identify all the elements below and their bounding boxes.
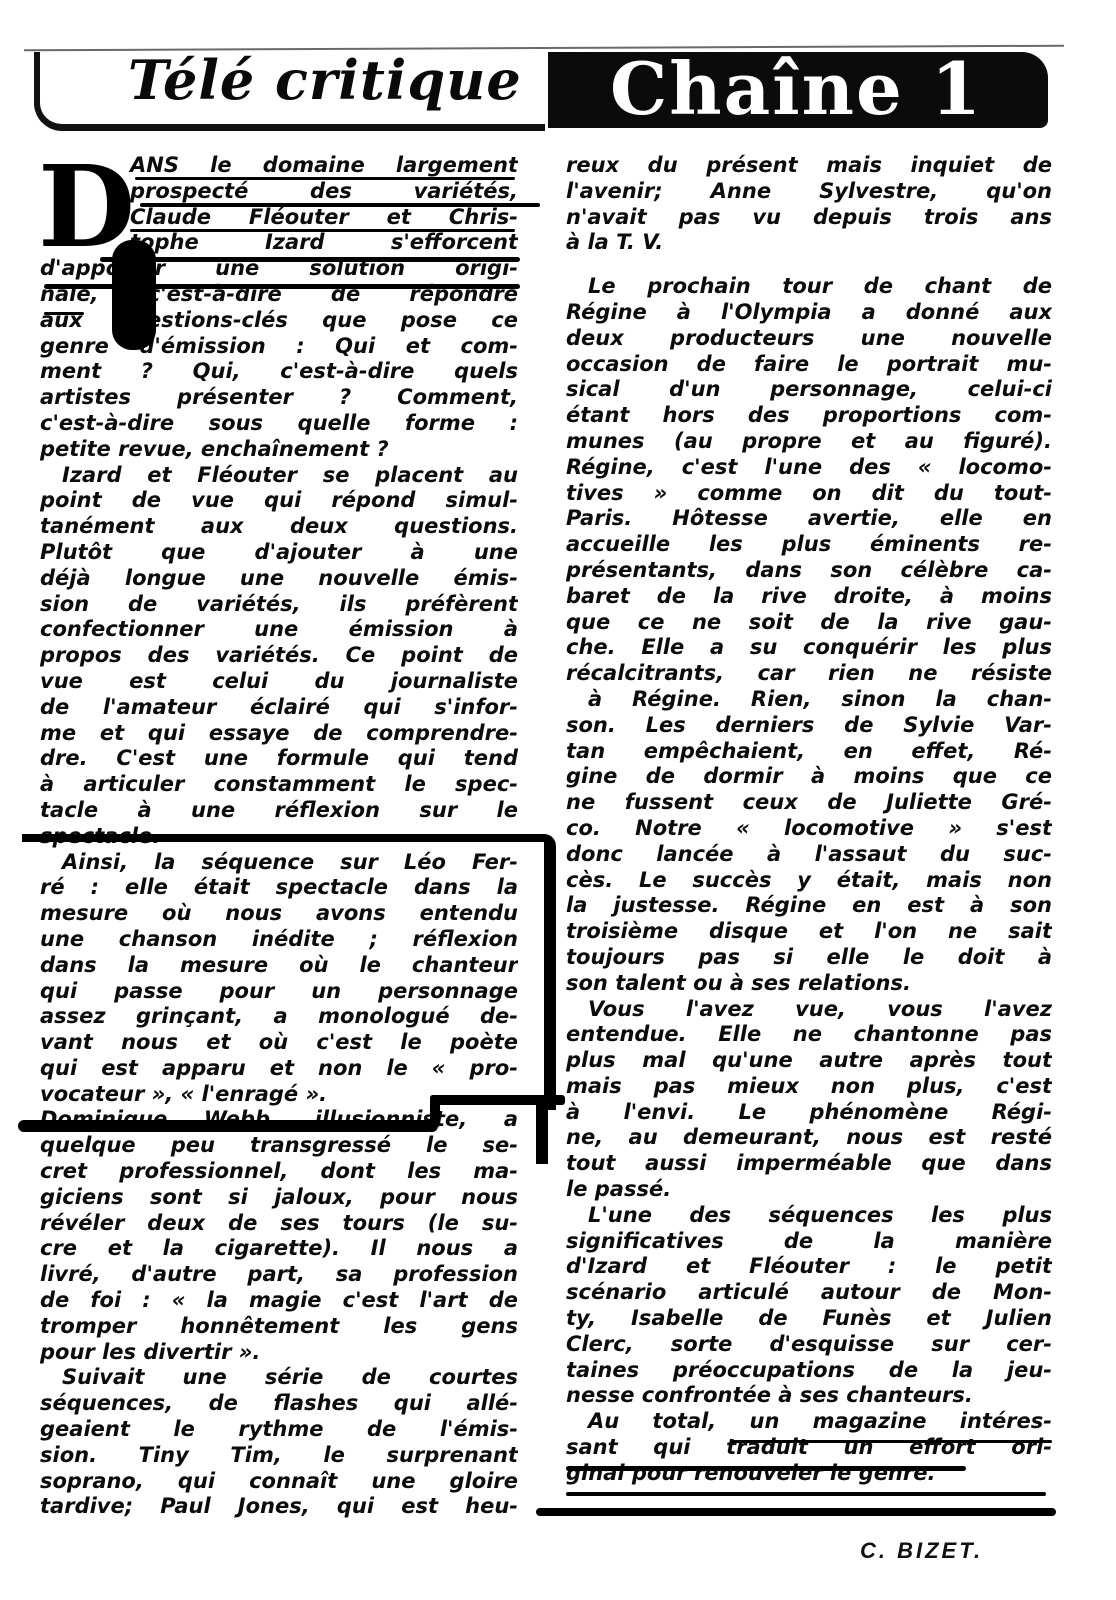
text-line: toujours pas si elle le doit à xyxy=(566,945,1052,971)
text-line: étant hors des proportions com- xyxy=(566,403,1052,429)
text-line: d'Izard et Fléouter : le petit xyxy=(566,1254,1052,1280)
text-line: tan empêchaient, en effet, Ré- xyxy=(566,739,1052,765)
marker-underline xyxy=(732,1440,1052,1443)
text-line: baret de la rive droite, à moins xyxy=(566,584,1052,610)
text-line: tromper honnêtement les gens xyxy=(40,1314,518,1340)
text-line: pour les divertir ». xyxy=(40,1340,518,1366)
marker-line xyxy=(536,1098,548,1164)
text-line: de foi : « la magie c'est l'art de xyxy=(40,1288,518,1314)
article-column-right: reux du présent mais inquiet del'avenir;… xyxy=(566,153,1052,1487)
text-line: entendue. Elle ne chantonne pas xyxy=(566,1022,1052,1048)
text-line: co. Notre « locomotive » s'est xyxy=(566,816,1052,842)
text-line: plus mal qu'une autre après tout xyxy=(566,1048,1052,1074)
text-line: ne fussent ceux de Juliette Gré- xyxy=(566,790,1052,816)
marker-underline xyxy=(135,177,515,180)
text-line: tophe Izard s'efforcent xyxy=(40,230,518,256)
text-line: significatives de la manière xyxy=(566,1229,1052,1255)
text-line: munes (au propre et au figuré). xyxy=(566,429,1052,455)
channel-banner: Chaîne 1 xyxy=(548,52,1048,128)
text-line: vue est celui du journaliste xyxy=(40,669,518,695)
marker-underline xyxy=(566,1492,1046,1496)
channel-title: Chaîne 1 xyxy=(610,46,983,131)
text-line: sion. Tiny Tim, le surprenant xyxy=(40,1443,518,1469)
text-line: deux producteurs une nouvelle xyxy=(566,326,1052,352)
text-line: prospecté des variétés, xyxy=(40,179,518,205)
text-line: de l'amateur éclairé qui s'infor- xyxy=(40,695,518,721)
text-line: genre d'émission : Qui et com- xyxy=(40,334,518,360)
text-line: propos des variétés. Ce point de xyxy=(40,643,518,669)
text-line: ment ? Qui, c'est-à-dire quels xyxy=(40,359,518,385)
text-line: dre. C'est une formule qui tend xyxy=(40,746,518,772)
text-line: cret professionnel, dont les ma- xyxy=(40,1159,518,1185)
text-line: à la T. V. xyxy=(566,230,1052,256)
text-line: reux du présent mais inquiet de xyxy=(566,153,1052,179)
text-line: tives » comme on dit du tout- xyxy=(566,481,1052,507)
text-line: me et qui essaye de comprendre- xyxy=(40,721,518,747)
text-line: cre et la cigarette). Il nous a xyxy=(40,1236,518,1262)
text-line: récalcitrants, car rien ne résiste xyxy=(566,661,1052,687)
text-line: accueille les plus éminents re- xyxy=(566,532,1052,558)
marker-strike xyxy=(430,1095,440,1127)
text-line: l'avenir; Anne Sylvestre, qu'on xyxy=(566,179,1052,205)
text-line: tanément aux deux questions. xyxy=(40,514,518,540)
marker-strike xyxy=(18,1120,438,1132)
text-line: c'est-à-dire sous quelle forme : xyxy=(40,411,518,437)
text-line: quelque peu transgressé le se- xyxy=(40,1133,518,1159)
text-line: Paris. Hôtesse avertie, elle en xyxy=(566,506,1052,532)
text-line: occasion de faire le portrait mu- xyxy=(566,352,1052,378)
marker-underline xyxy=(140,203,540,207)
text-line: mais pas mieux non plus, c'est xyxy=(566,1074,1052,1100)
text-line: Au total, un magazine intéres- xyxy=(566,1409,1052,1435)
text-line: cès. Le succès y était, mais non xyxy=(566,868,1052,894)
text-line: nesse confrontée à ses chanteurs. xyxy=(566,1383,1052,1409)
text-line: Clerc, sorte d'esquisse sur cer- xyxy=(566,1332,1052,1358)
text-line: sical d'un personnage, celui-ci xyxy=(566,377,1052,403)
text-line: Claude Fléouter et Chris- xyxy=(40,205,518,231)
text-line: la justesse. Régine en est à son xyxy=(566,893,1052,919)
text-line: artistes présenter ? Comment, xyxy=(40,385,518,411)
text-line: tacle à une réflexion sur le xyxy=(40,798,518,824)
text-line: Le prochain tour de chant de xyxy=(566,274,1052,300)
marker-box xyxy=(22,834,556,1110)
text-line: déjà longue une nouvelle émis- xyxy=(40,566,518,592)
text-line: gine de dormir à moins que ce xyxy=(566,764,1052,790)
text-line: ne, au demeurant, nous est resté xyxy=(566,1125,1052,1151)
text-line: point de vue qui répond simul- xyxy=(40,488,518,514)
newspaper-clipping: Télé critique Chaîne 1 D ANS le domaine … xyxy=(0,0,1116,1600)
text-line: Vous l'avez vue, vous l'avez xyxy=(566,997,1052,1023)
text-line: scénario articulé autour de Mon- xyxy=(566,1280,1052,1306)
marker-underline xyxy=(130,229,515,232)
marker-underline xyxy=(44,312,84,315)
text-line: à l'envi. Le phénomène Régi- xyxy=(566,1100,1052,1126)
paragraph-gap xyxy=(566,256,1052,274)
text-line: le passé. xyxy=(566,1177,1052,1203)
text-line: donc lancée à l'assaut du suc- xyxy=(566,842,1052,868)
text-line: Régine, c'est l'une des « locomo- xyxy=(566,455,1052,481)
text-line: n'avait pas vu depuis trois ans xyxy=(566,205,1052,231)
text-line: séquences, de flashes qui allé- xyxy=(40,1391,518,1417)
text-line: ginal pour renouveler le genre. xyxy=(566,1461,1052,1487)
text-line: livré, d'autre part, sa profession xyxy=(40,1262,518,1288)
text-line: sant qui traduit un effort ori- xyxy=(566,1435,1052,1461)
text-line: sion de variétés, ils préfèrent xyxy=(40,592,518,618)
text-line: tout aussi imperméable que dans xyxy=(566,1151,1052,1177)
section-title: Télé critique xyxy=(128,48,522,112)
text-line: ty, Isabelle de Funès et Julien xyxy=(566,1306,1052,1332)
text-line: tardive; Paul Jones, qui est heu- xyxy=(40,1494,518,1520)
text-line: soprano, qui connaît une gloire xyxy=(40,1469,518,1495)
marker-underline xyxy=(566,1466,966,1471)
text-line: que ce ne soit de la rive gau- xyxy=(566,610,1052,636)
author-signature: C. BIZET. xyxy=(860,1538,983,1564)
text-line: son talent ou à ses relations. xyxy=(566,971,1052,997)
text-line: Izard et Fléouter se placent au xyxy=(40,463,518,489)
section-banner: Télé critique xyxy=(34,52,545,131)
text-line: ANS le domaine largement xyxy=(40,153,518,179)
text-line: L'une des séquences les plus xyxy=(566,1203,1052,1229)
text-line: geaient le rythme de l'émis- xyxy=(40,1417,518,1443)
text-line: giciens sont si jaloux, pour nous xyxy=(40,1185,518,1211)
text-line: che. Elle a su conquérir les plus xyxy=(566,635,1052,661)
text-line: à articuler constamment le spec- xyxy=(40,772,518,798)
marker-underline xyxy=(536,1508,1056,1516)
text-line: à Régine. Rien, sinon la chan- xyxy=(566,687,1052,713)
text-line: Plutôt que d'ajouter à une xyxy=(40,540,518,566)
text-line: petite revue, enchaînement ? xyxy=(40,437,518,463)
text-line: Suivait une série de courtes xyxy=(40,1365,518,1391)
masthead: Télé critique Chaîne 1 xyxy=(34,52,1054,128)
text-line: révéler deux de ses tours (le su- xyxy=(40,1211,518,1237)
text-line: son. Les derniers de Sylvie Var- xyxy=(566,713,1052,739)
text-line: taines préoccupations de la jeu- xyxy=(566,1358,1052,1384)
text-line: présentants, dans son célèbre ca- xyxy=(566,558,1052,584)
text-line: Régine à l'Olympia a donné aux xyxy=(566,300,1052,326)
marker-blot xyxy=(112,240,156,350)
marker-underline xyxy=(100,257,520,262)
text-line: troisième disque et l'on ne sait xyxy=(566,919,1052,945)
text-line: confectionner une émission à xyxy=(40,617,518,643)
